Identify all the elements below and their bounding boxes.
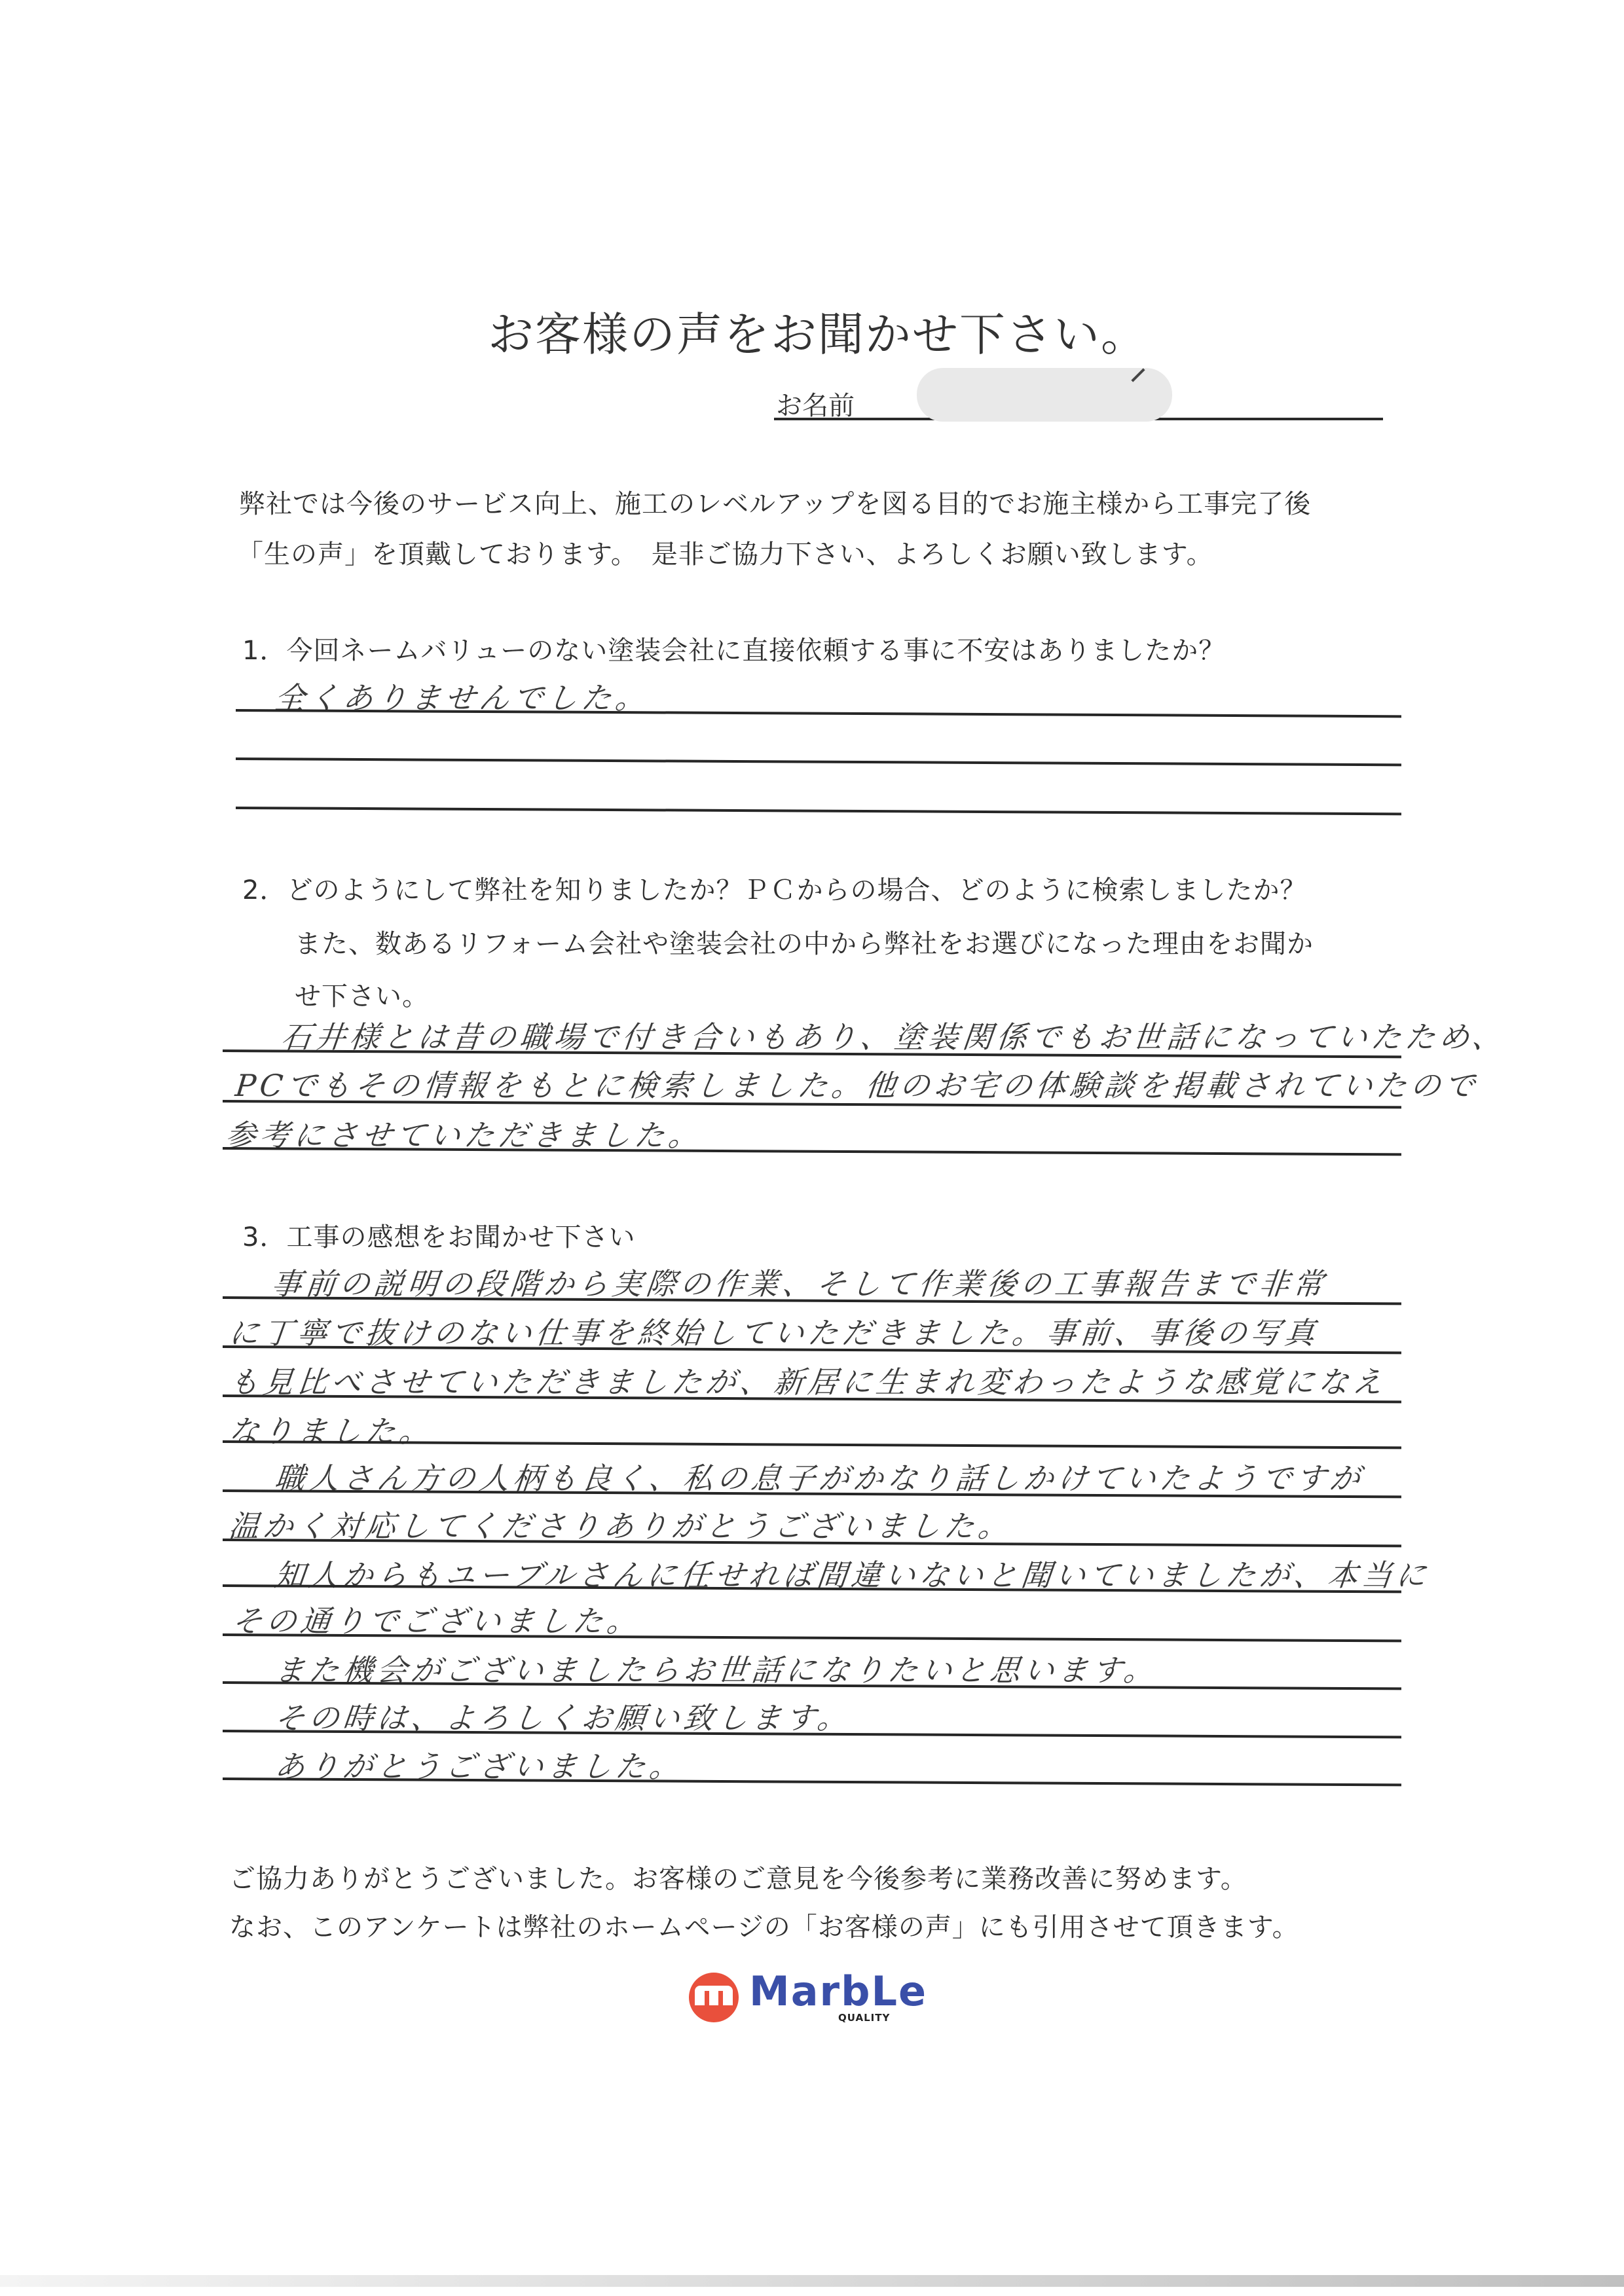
question-2-text-line-2: また、数あるリフォーム会社や塗装会社の中から弊社をお選びになった理由をお聞か xyxy=(295,923,1314,960)
intro-line-1: 弊社では今後のサービス向上、施工のレベルアップを図る目的でお施主様から工事完了後 xyxy=(239,483,1311,520)
name-label: お名前 xyxy=(776,385,855,422)
page-title: お客様の声をお聞かせ下さい。 xyxy=(488,298,1148,364)
logo-wordmark: MarbLe xyxy=(749,1971,927,2012)
closing-line-2: なお、このアンケートは弊社のホームページの「お客様の声」にも引用させて頂きます。 xyxy=(229,1906,1299,1944)
logo-m-gap xyxy=(718,1991,723,2005)
scan-edge-shadow xyxy=(0,2275,1624,2287)
question-2-text-line-1: 2．どのようにして弊社を知りましたか？ＰＣからの場合、どのように検索しましたか？ xyxy=(242,869,1306,907)
answer-rule xyxy=(236,807,1401,815)
question-3-text: 3．工事の感想をお聞かせ下さい xyxy=(242,1216,635,1254)
question-1-text: 1．今回ネームバリューのない塗装会社に直接依頼する事に不安はありましたか？ xyxy=(242,630,1225,667)
answer-2-line-2: PCでもその情報をもとに検索しました。他のお宅の体験談を掲載されていたので xyxy=(234,1062,1481,1105)
answer-rule xyxy=(236,757,1401,766)
logo-tagline: QUALITY xyxy=(838,2012,890,2024)
intro-line-2: 「生の声」を頂戴しております。 是非ご協力下さい、よろしくお願い致します。 xyxy=(237,534,1213,571)
answer-3-line-4: なりました。 xyxy=(227,1408,436,1451)
marble-logo: MarbLe QUALITY xyxy=(689,1967,931,2026)
logo-m-gap xyxy=(705,1991,709,2005)
logo-m-glyph xyxy=(695,1986,733,2005)
name-redaction xyxy=(917,368,1172,422)
question-2-text-line-3: せ下さい。 xyxy=(295,975,429,1013)
closing-line-1: ご協力ありがとうございました。お客様のご意見を今後参考に業務改善に努めます。 xyxy=(229,1858,1247,1895)
